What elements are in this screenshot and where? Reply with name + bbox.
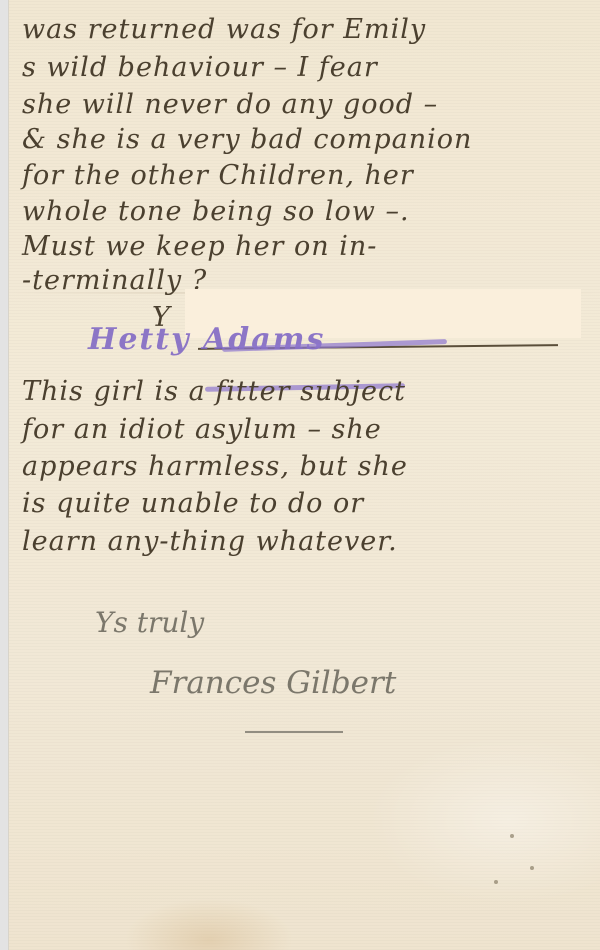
- paper-damage-mark: [494, 880, 498, 884]
- body-line-8: -terminally ?: [22, 265, 207, 296]
- scan-margin-strip: [0, 0, 9, 950]
- body-line-3: she will never do any good –: [22, 89, 438, 120]
- remark-line-5: learn any-thing whatever.: [22, 526, 398, 557]
- body-line-7: Must we keep her on in-: [22, 231, 377, 262]
- body-line-4: & she is a very bad companion: [22, 124, 472, 155]
- remark-line-4: is quite unable to do or: [22, 488, 364, 519]
- signature-name: Frances Gilbert: [150, 665, 396, 701]
- signature-valediction: Ys truly: [95, 606, 204, 639]
- remark-line-1: This girl is a fitter subject: [22, 376, 406, 407]
- remark-line-3: appears harmless, but she: [22, 451, 408, 482]
- body-line-6: whole tone being so low –.: [22, 196, 410, 227]
- remark-line-2: for an idiot asylum – she: [22, 414, 382, 445]
- annotation-name-purple: Hetty Adams: [88, 322, 325, 357]
- body-line-5: for the other Children, her: [22, 160, 414, 191]
- paper-damage-mark: [530, 866, 534, 870]
- paper-damage-mark: [510, 834, 514, 838]
- body-line-1: was returned was for Emily: [22, 14, 426, 45]
- body-line-2: s wild behaviour – I fear: [22, 52, 378, 83]
- signature-underline: [245, 731, 343, 733]
